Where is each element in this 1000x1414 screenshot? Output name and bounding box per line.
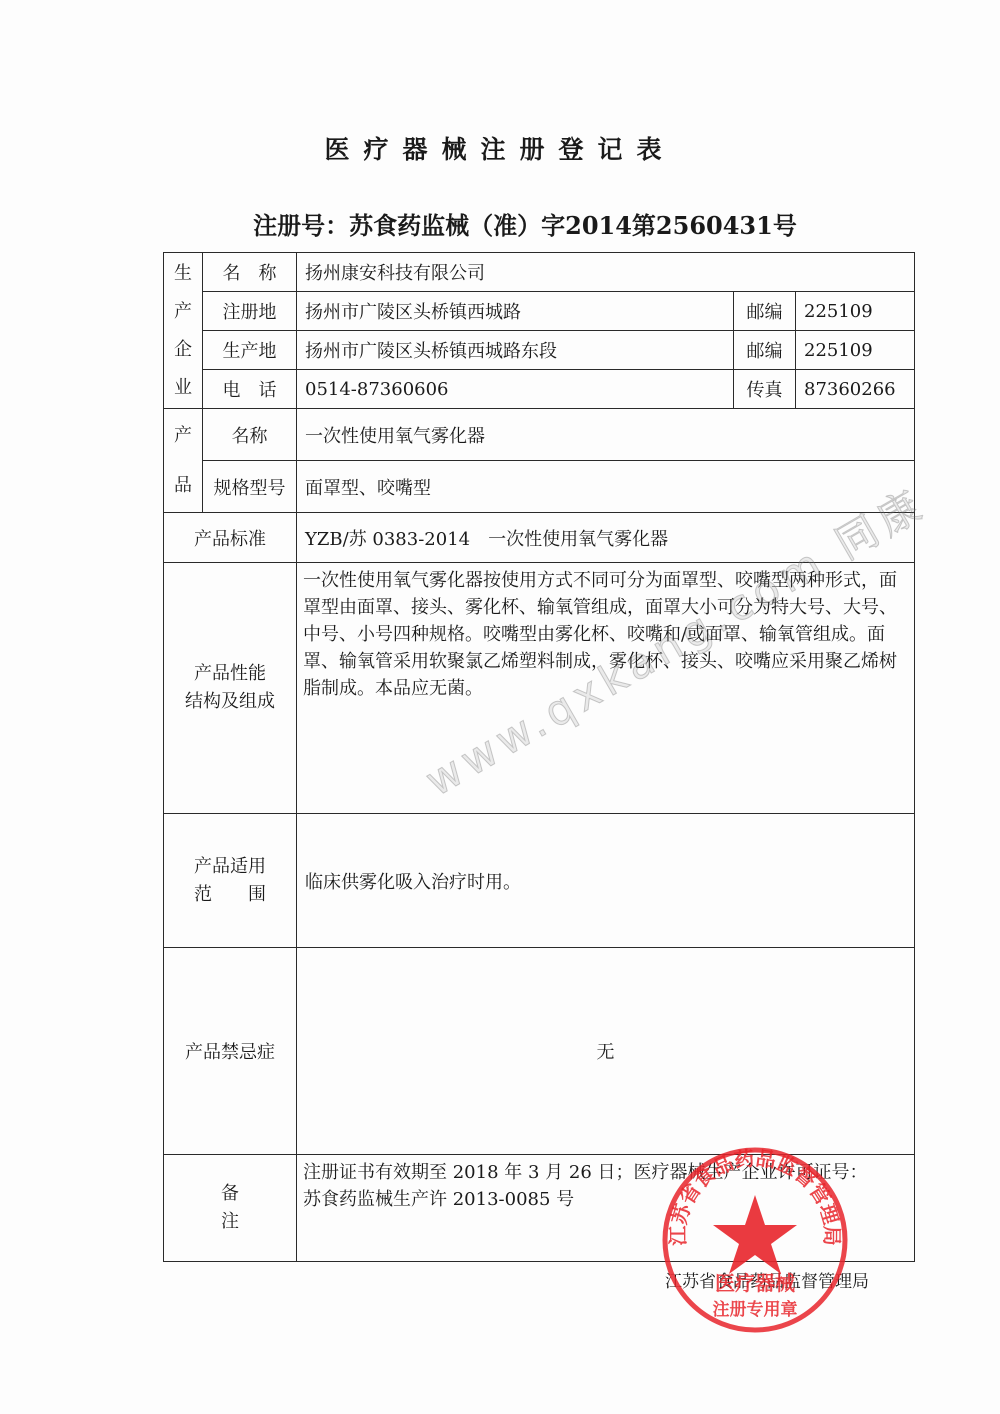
remarks-label: 备 注 — [164, 1155, 297, 1262]
label-char: 围 — [248, 881, 266, 909]
label-line: 产品性能 — [172, 660, 288, 688]
scope-label: 产品适用 范 围 — [164, 814, 297, 948]
structure-value: 一次性使用氧气雾化器按使用方式不同可分为面罩型、咬嘴型两种形式，面罩型由面罩、接… — [297, 563, 915, 814]
document-title: 医疗器械注册登记表 — [0, 130, 1000, 166]
fax-label: 传真 — [734, 370, 796, 409]
structure-label: 产品性能 结构及组成 — [164, 563, 297, 814]
prod-address: 扬州市广陵区头桥镇西城路东段 — [297, 331, 734, 370]
table-row: 注册地 扬州市广陵区头桥镇西城路 邮编 225109 — [164, 292, 915, 331]
registration-number: 注册号：苏食药监械（准）字2014第2560431号 — [0, 206, 1000, 241]
reg-address-label: 注册地 — [203, 292, 297, 331]
manufacturer-section-label: 生 产 企 业 — [164, 253, 203, 409]
label-line: 范 围 — [172, 881, 288, 909]
model-label: 规格型号 — [203, 461, 297, 513]
prod-postcode-label: 邮编 — [734, 331, 796, 370]
contraindications-label: 产品禁忌症 — [164, 948, 297, 1155]
table-row: 规格型号 面罩型、咬嘴型 — [164, 461, 915, 513]
label-char: 备 — [172, 1180, 288, 1208]
table-row: 产 品 名称 一次性使用氧气雾化器 — [164, 409, 915, 461]
label-line: 结构及组成 — [172, 688, 288, 716]
reg-postcode: 225109 — [796, 292, 915, 331]
reg-address: 扬州市广陵区头桥镇西城路 — [297, 292, 734, 331]
table-row: 产品适用 范 围 临床供雾化吸入治疗时用。 — [164, 814, 915, 948]
remarks-line: 苏食药监械生产许 2013-0085 号 — [303, 1186, 908, 1213]
phone: 0514-87360606 — [297, 370, 734, 409]
table-row: 生产地 扬州市广陵区头桥镇西城路东段 邮编 225109 — [164, 331, 915, 370]
table-row: 产品标准 YZB/苏 0383-2014 一次性使用氧气雾化器 — [164, 513, 915, 563]
remarks-value: 注册证书有效期至 2018 年 3 月 26 日；医疗器械生产企业许可证号： 苏… — [297, 1155, 915, 1262]
issuer-name: 江苏省食品药品监督管理局 — [665, 1267, 869, 1292]
label-line: 产品适用 — [172, 853, 288, 881]
company-name-label: 名 称 — [203, 253, 297, 292]
product-section-label: 产 品 — [164, 409, 203, 513]
label-char: 业 — [172, 369, 194, 407]
table-row: 产品性能 结构及组成 一次性使用氧气雾化器按使用方式不同可分为面罩型、咬嘴型两种… — [164, 563, 915, 814]
table-row: 产品禁忌症 无 — [164, 948, 915, 1155]
reg-postcode-label: 邮编 — [734, 292, 796, 331]
svg-text:注册专用章: 注册专用章 — [713, 1299, 798, 1320]
product-name: 一次性使用氧气雾化器 — [297, 409, 915, 461]
prod-postcode: 225109 — [796, 331, 915, 370]
model-value: 面罩型、咬嘴型 — [297, 461, 915, 513]
label-char: 企 — [172, 331, 194, 369]
company-name: 扬州康安科技有限公司 — [297, 253, 915, 292]
standard-value: YZB/苏 0383-2014 一次性使用氧气雾化器 — [297, 513, 915, 563]
contraindications-value: 无 — [297, 948, 915, 1155]
fax: 87360266 — [796, 370, 915, 409]
label-char: 注 — [172, 1208, 288, 1236]
label-char: 产 — [172, 411, 194, 461]
label-char: 产 — [172, 293, 194, 331]
label-char: 范 — [194, 881, 212, 909]
table-row: 生 产 企 业 名 称 扬州康安科技有限公司 — [164, 253, 915, 292]
standard-label: 产品标准 — [164, 513, 297, 563]
label-char: 生 — [172, 255, 194, 293]
table-row: 备 注 注册证书有效期至 2018 年 3 月 26 日；医疗器械生产企业许可证… — [164, 1155, 915, 1262]
prod-address-label: 生产地 — [203, 331, 297, 370]
registration-table: 生 产 企 业 名 称 扬州康安科技有限公司 注册地 扬州市广陵区头桥镇西城路 … — [163, 252, 915, 1262]
phone-label: 电 话 — [203, 370, 297, 409]
remarks-line: 注册证书有效期至 2018 年 3 月 26 日；医疗器械生产企业许可证号： — [303, 1159, 908, 1186]
label-char: 品 — [172, 461, 194, 511]
product-name-label: 名称 — [203, 409, 297, 461]
table-row: 电 话 0514-87360606 传真 87360266 — [164, 370, 915, 409]
scope-value: 临床供雾化吸入治疗时用。 — [297, 814, 915, 948]
